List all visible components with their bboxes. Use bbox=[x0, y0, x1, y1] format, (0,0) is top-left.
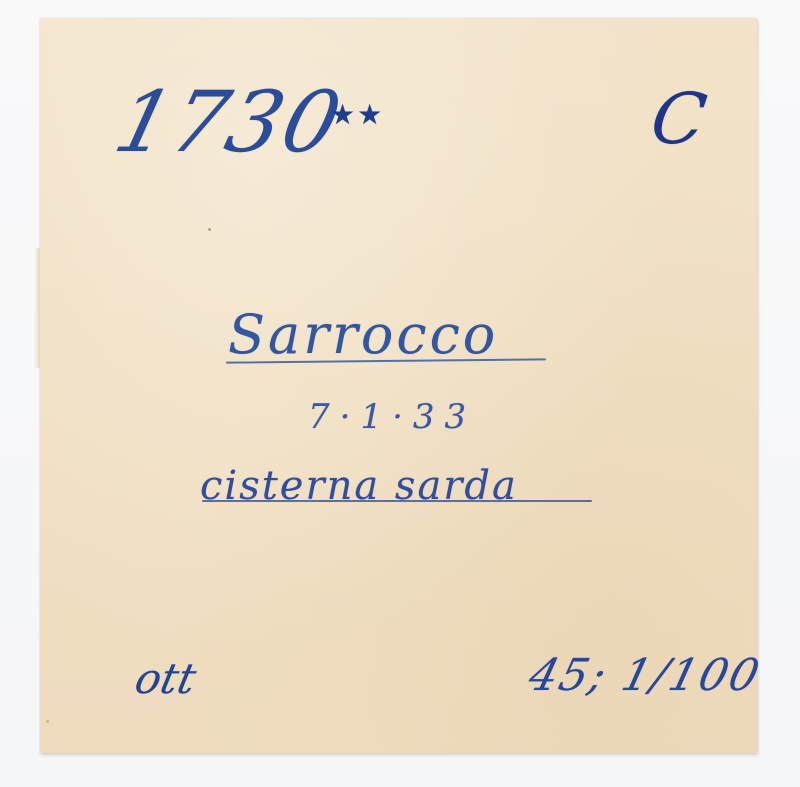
photo-background: 1730 ★★ C Sarrocco 7·1·33 cisterna sarda… bbox=[0, 0, 800, 787]
collection-date: 7·1·33 bbox=[308, 400, 476, 434]
specimen-label-paper: 1730 ★★ C Sarrocco 7·1·33 cisterna sarda… bbox=[40, 18, 757, 753]
site-underline bbox=[202, 500, 592, 502]
collector-initials: ott bbox=[132, 658, 200, 700]
magnification-note: 45; 1/100 bbox=[525, 654, 766, 698]
catalog-number: 1730 bbox=[108, 80, 351, 164]
star-rating-icon: ★★ bbox=[330, 98, 384, 131]
class-letter: C bbox=[647, 84, 710, 154]
locality-name: Sarrocco bbox=[228, 308, 498, 362]
paper-speck bbox=[208, 228, 211, 231]
paper-stain bbox=[46, 720, 49, 723]
